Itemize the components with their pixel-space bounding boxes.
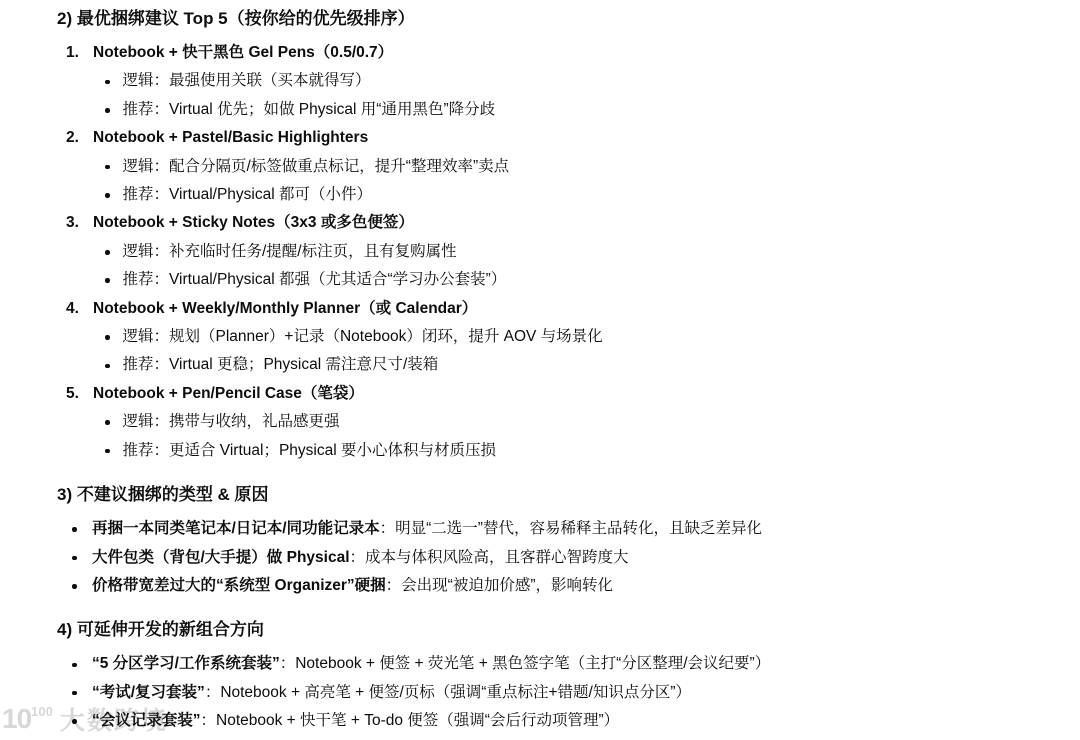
bullet-item: “5 分区学习/工作系统套装”：Notebook + 便签 + 荧光笔 + 黑色… xyxy=(57,650,1040,678)
section-heading-new-combos: 4) 可延伸开发的新组合方向 xyxy=(57,617,1040,643)
bullet-text: 推荐：Virtual/Physical 都可（小件） xyxy=(123,181,372,209)
bullet-item: 逻辑：规划（Planner）+记录（Notebook）闭环，提升 AOV 与场景… xyxy=(57,323,1040,351)
bullet-icon xyxy=(105,80,110,85)
bullet-item: 逻辑：补充临时任务/提醒/标注页，且有复购属性 xyxy=(57,238,1040,266)
bullet-icon xyxy=(72,527,77,532)
bullet-icon xyxy=(105,108,110,113)
list-item-number: 5. xyxy=(66,380,93,408)
list-item-number: 1. xyxy=(66,39,93,67)
bullet-item: 推荐：Virtual/Physical 都可（小件） xyxy=(57,181,1040,209)
bullet-item: 推荐：Virtual/Physical 都强（尤其适合“学习办公套装”） xyxy=(57,266,1040,294)
bullet-icon xyxy=(72,691,77,696)
bullet-icon xyxy=(105,250,110,255)
bullet-item: 推荐：Virtual 优先；如做 Physical 用“通用黑色”降分歧 xyxy=(57,96,1040,124)
list-item-title: Notebook + 快干黑色 Gel Pens（0.5/0.7） xyxy=(93,39,393,67)
list-item-number: 2. xyxy=(66,124,93,152)
document-content: 2) 最优捆绑建议 Top 5（按你给的优先级排序） 1. Notebook +… xyxy=(0,0,1080,736)
ordered-list-bundles: 1. Notebook + 快干黑色 Gel Pens（0.5/0.7） 逻辑：… xyxy=(57,39,1040,465)
bullet-text: 大件包类（背包/大手提）做 Physical：成本与体积风险高，且客群心智跨度大 xyxy=(92,544,629,572)
list-item-title-row: 2. Notebook + Pastel/Basic Highlighters xyxy=(66,124,1040,152)
list-item: 3. Notebook + Sticky Notes（3x3 或多色便签） 逻辑… xyxy=(57,209,1040,294)
list-item-title: Notebook + Sticky Notes（3x3 或多色便签） xyxy=(93,209,414,237)
section-heading-top5: 2) 最优捆绑建议 Top 5（按你给的优先级排序） xyxy=(57,6,1040,32)
bullet-icon xyxy=(105,165,110,170)
bullet-text: “考试/复习套装”：Notebook + 高亮笔 + 便签/页标（强调“重点标注… xyxy=(92,679,691,707)
bullet-text: “会议记录套装”：Notebook + 快干笔 + To-do 便签（强调“会后… xyxy=(92,707,619,735)
bullet-icon xyxy=(105,335,110,340)
bullet-icon xyxy=(105,420,110,425)
list-item-title-row: 4. Notebook + Weekly/Monthly Planner（或 C… xyxy=(66,295,1040,323)
bullet-text: 推荐：Virtual 更稳；Physical 需注意尺寸/装箱 xyxy=(123,351,439,379)
bullet-item: 推荐：Virtual 更稳；Physical 需注意尺寸/装箱 xyxy=(57,351,1040,379)
bullet-item: 价格带宽差过大的“系统型 Organizer”硬捆：会出现“被迫加价感”，影响转… xyxy=(57,572,1040,600)
list-item-title-row: 3. Notebook + Sticky Notes（3x3 或多色便签） xyxy=(66,209,1040,237)
list-item-title-row: 1. Notebook + 快干黑色 Gel Pens（0.5/0.7） xyxy=(66,39,1040,67)
bullet-item: 大件包类（背包/大手提）做 Physical：成本与体积风险高，且客群心智跨度大 xyxy=(57,544,1040,572)
bullet-text: 推荐：Virtual 优先；如做 Physical 用“通用黑色”降分歧 xyxy=(123,96,496,124)
bullet-text: 逻辑：配合分隔页/标签做重点标记，提升“整理效率”卖点 xyxy=(123,153,510,181)
list-item: 5. Notebook + Pen/Pencil Case（笔袋） 逻辑：携带与… xyxy=(57,380,1040,465)
bullet-text: 价格带宽差过大的“系统型 Organizer”硬捆：会出现“被迫加价感”，影响转… xyxy=(92,572,613,600)
bullet-icon xyxy=(105,278,110,283)
bullet-item: 再捆一本同类笔记本/日记本/同功能记录本：明显“二选一”替代，容易稀释主品转化，… xyxy=(57,515,1040,543)
bullet-item: 逻辑：携带与收纳，礼品感更强 xyxy=(57,408,1040,436)
bullet-icon xyxy=(105,193,110,198)
list-item-title: Notebook + Weekly/Monthly Planner（或 Cale… xyxy=(93,295,477,323)
bullet-icon xyxy=(105,364,110,369)
list-item-title: Notebook + Pen/Pencil Case（笔袋） xyxy=(93,380,364,408)
bullet-icon xyxy=(72,584,77,589)
list-item-title: Notebook + Pastel/Basic Highlighters xyxy=(93,124,368,152)
bullet-item: 逻辑：最强使用关联（买本就得写） xyxy=(57,67,1040,95)
bullet-text: 逻辑：规划（Planner）+记录（Notebook）闭环，提升 AOV 与场景… xyxy=(123,323,603,351)
bullet-text: 推荐：Virtual/Physical 都强（尤其适合“学习办公套装”） xyxy=(123,266,507,294)
bullet-icon xyxy=(72,556,77,561)
bullet-text: 逻辑：携带与收纳，礼品感更强 xyxy=(123,408,340,436)
list-item-number: 4. xyxy=(66,295,93,323)
list-item-number: 3. xyxy=(66,209,93,237)
list-item: 1. Notebook + 快干黑色 Gel Pens（0.5/0.7） 逻辑：… xyxy=(57,39,1040,124)
bullet-item: “考试/复习套装”：Notebook + 高亮笔 + 便签/页标（强调“重点标注… xyxy=(57,679,1040,707)
list-item: 4. Notebook + Weekly/Monthly Planner（或 C… xyxy=(57,295,1040,380)
bullet-icon xyxy=(72,719,77,724)
bullet-text: 再捆一本同类笔记本/日记本/同功能记录本：明显“二选一”替代，容易稀释主品转化，… xyxy=(92,515,762,543)
bullet-text: 逻辑：最强使用关联（买本就得写） xyxy=(123,67,371,95)
list-item: 2. Notebook + Pastel/Basic Highlighters … xyxy=(57,124,1040,209)
bullet-text: “5 分区学习/工作系统套装”：Notebook + 便签 + 荧光笔 + 黑色… xyxy=(92,650,770,678)
list-item-title-row: 5. Notebook + Pen/Pencil Case（笔袋） xyxy=(66,380,1040,408)
bullet-item: 逻辑：配合分隔页/标签做重点标记，提升“整理效率”卖点 xyxy=(57,153,1040,181)
bullet-icon xyxy=(72,663,77,668)
section-heading-not-recommended: 3) 不建议捆绑的类型 & 原因 xyxy=(57,482,1040,508)
bullet-item: 推荐：更适合 Virtual；Physical 要小心体积与材质压损 xyxy=(57,437,1040,465)
bullet-text: 推荐：更适合 Virtual；Physical 要小心体积与材质压损 xyxy=(123,437,497,465)
bullet-icon xyxy=(105,449,110,454)
bullet-list-not-recommended: 再捆一本同类笔记本/日记本/同功能记录本：明显“二选一”替代，容易稀释主品转化，… xyxy=(57,515,1040,600)
bullet-list-new-combos: “5 分区学习/工作系统套装”：Notebook + 便签 + 荧光笔 + 黑色… xyxy=(57,650,1040,735)
bullet-text: 逻辑：补充临时任务/提醒/标注页，且有复购属性 xyxy=(123,238,457,266)
bullet-item: “会议记录套装”：Notebook + 快干笔 + To-do 便签（强调“会后… xyxy=(57,707,1040,735)
